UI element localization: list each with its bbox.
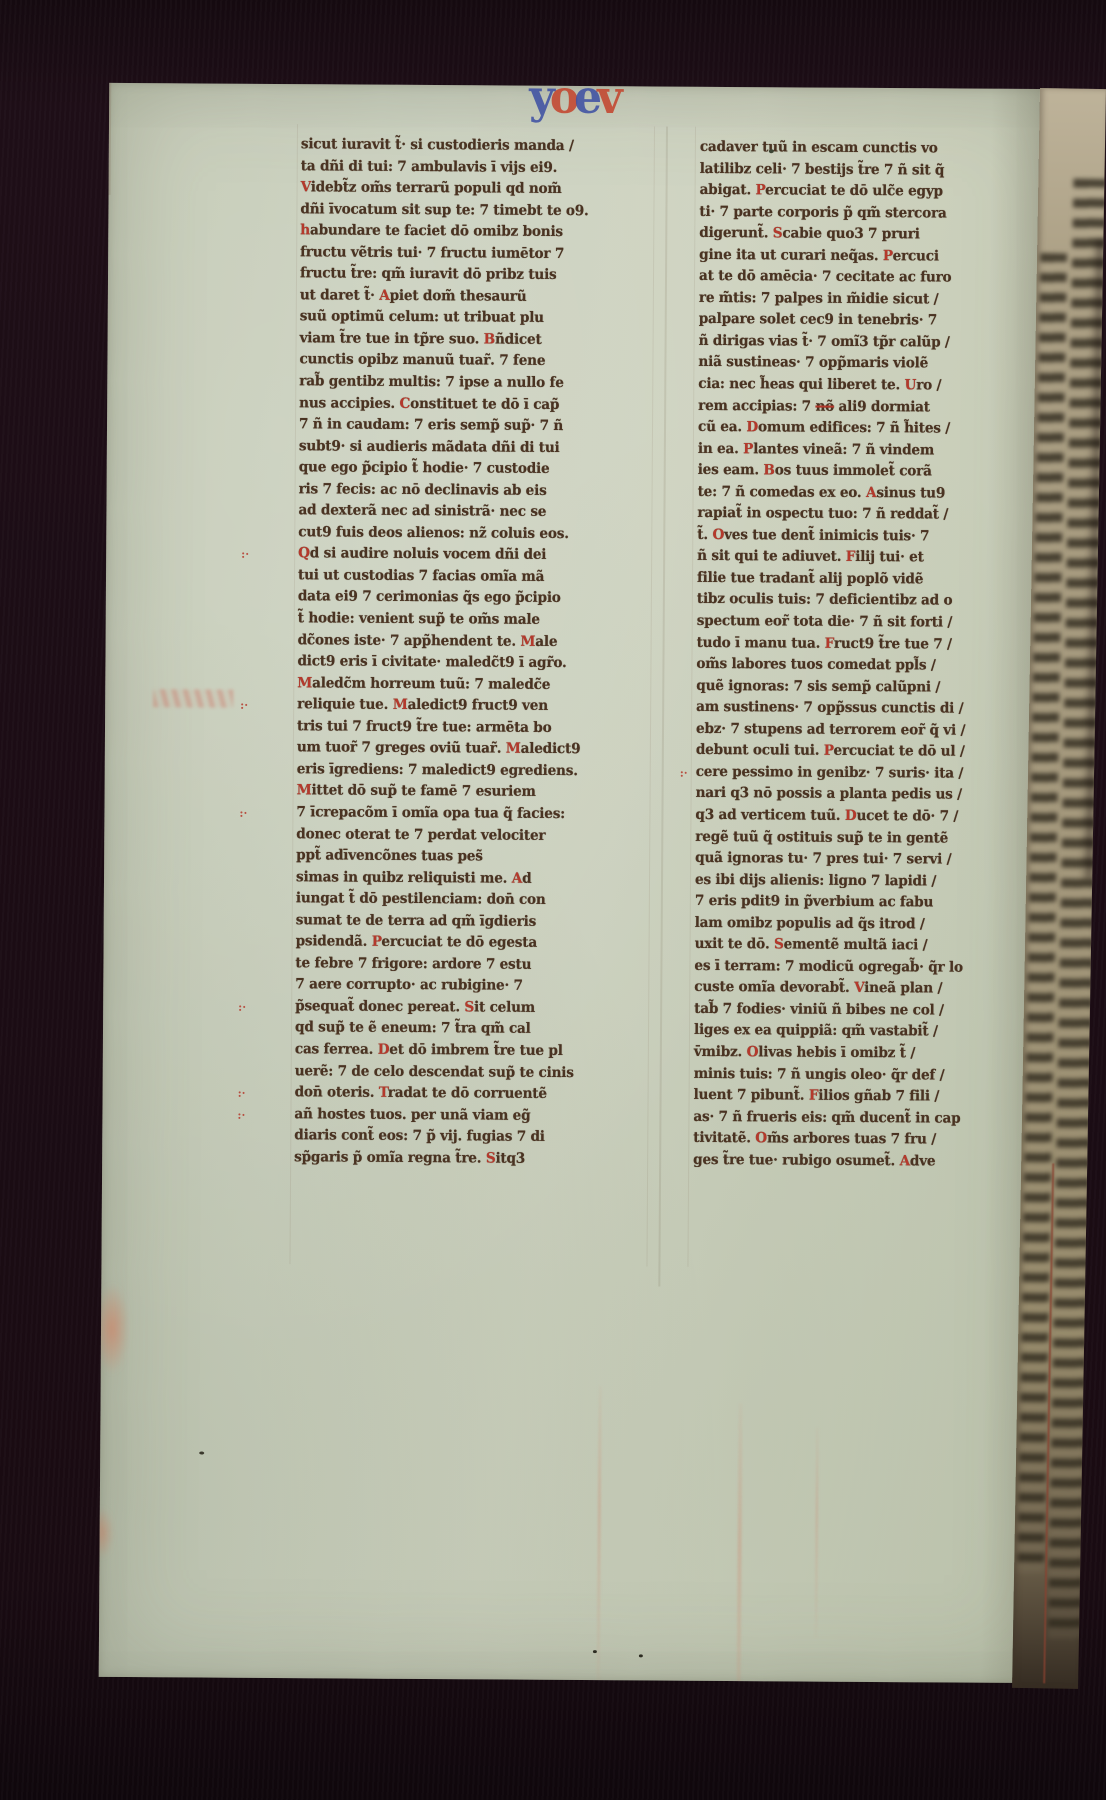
text-line: don̄ oteris. Tradat te dō corruentẽ — [295, 1082, 645, 1107]
text-line: cas ferrea. Det dō imbrem t̃re tue pl — [295, 1039, 645, 1064]
pigment-streak — [597, 1386, 602, 1683]
red-pigment-smear — [153, 689, 233, 708]
text-line: psidendã. Percuciat te dō egesta — [296, 931, 646, 956]
text-line: 7 aere corrupto· ac rubigine· 7 — [295, 974, 645, 999]
running-title-letter: y — [529, 83, 550, 124]
running-title-letter: v — [597, 83, 618, 125]
text-line: fructu t̃re: qm̃ iuravit dō pribz tuis — [300, 263, 650, 288]
ink-speck — [769, 149, 774, 153]
red-pigment-smudge — [99, 1507, 114, 1559]
paraph-mark: :· — [240, 699, 248, 712]
pigment-streak — [736, 1403, 742, 1683]
running-title-letter: e — [574, 83, 597, 125]
text-line: reliquie tue. Maledict9 fruct9 ven — [297, 694, 647, 719]
text-line: um tuor̃ 7 greges oviũ tuar̃. Maledict9 — [297, 737, 647, 762]
margin-paraph-marks-left: :·:·:·:·:·:· — [237, 134, 258, 1174]
paraph-mark: :· — [238, 1001, 246, 1014]
text-line: sicut iuravit t̃· si custodieris manda / — [301, 134, 651, 159]
text-line: Videbt̃z om̃s terrarũ populi qd nom̃ — [301, 177, 651, 202]
text-line: rab̃ gentibz multis: 7 ipse a nullo fe — [299, 371, 649, 396]
running-title: yoev — [529, 83, 618, 124]
text-line: t̃ hodie: venient sup̃ te om̃s male — [298, 608, 648, 633]
ink-speck — [593, 1650, 597, 1653]
ink-speck — [199, 1451, 204, 1454]
text-column-left: sicut iuravit t̃· si custodieris manda /… — [294, 134, 651, 1171]
ink-speck — [639, 1654, 643, 1657]
text-line: ad dexterã nec ad sinistrã· nec se — [298, 500, 648, 525]
ruling-line-gutter — [658, 127, 668, 1287]
text-line: habundare te faciet dō omibz bonis — [300, 220, 650, 245]
text-line: diaris cont̃ eos: 7 p̃ vij. fugias 7 di — [294, 1125, 644, 1150]
paraph-mark: :· — [239, 807, 247, 820]
red-pigment-smudge — [99, 1283, 130, 1375]
paraph-mark: :· — [238, 1087, 246, 1100]
text-line: iungat t̃ dō pestilenciam: don̄ con — [296, 888, 646, 913]
running-title-letter: o — [550, 83, 575, 124]
text-line: 7 īcrepacõm ī omĩa opa tua q̃ facies: — [296, 802, 646, 827]
text-line: ppt̃ adīvencõnes tuas pes̃ — [296, 845, 646, 870]
paraph-mark: :· — [680, 767, 688, 780]
text-line: 7 ñ in caudam: 7 eris semp̃ sup̃· 7 ñ — [299, 414, 649, 439]
paraph-mark: :· — [237, 1108, 245, 1121]
paraph-mark: :· — [241, 548, 249, 561]
text-line: sp̃garis p̃ omĩa regna t̃re. Sitq3 — [294, 1146, 644, 1171]
pigment-streak — [815, 1428, 818, 1638]
manuscript-page: yoev sicut iuravit t̃· si custodieris ma… — [99, 83, 1062, 1683]
manuscript-photograph: yoev sicut iuravit t̃· si custodieris ma… — [0, 0, 1106, 1800]
text-line: dict9 eris ī civitate· maledc̃t9 ī agr̃o… — [297, 651, 647, 676]
text-line: que ego p̃cipio t̃ hodie· 7 custodie — [299, 457, 649, 482]
ruling-line-gutter-tail — [109, 83, 112, 195]
